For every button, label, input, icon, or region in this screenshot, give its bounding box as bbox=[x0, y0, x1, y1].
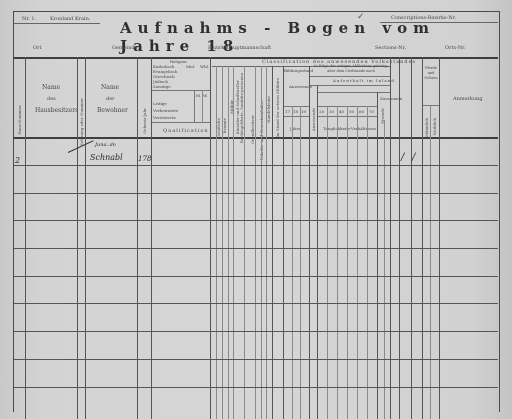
anwesende-header: Anwesende bbox=[311, 108, 316, 131]
age-group-20: 20 bbox=[319, 109, 324, 114]
stand-col1: M. bbox=[196, 93, 201, 98]
row-1-bewohner-name: Schnabl bbox=[90, 153, 123, 162]
landwirtschaft-col-2: Weiblich bbox=[432, 118, 437, 135]
vline-anmerkung bbox=[439, 57, 440, 419]
religion-label-5: Sonstige bbox=[153, 84, 171, 89]
age-divider-top bbox=[283, 106, 309, 107]
header-underline bbox=[14, 23, 100, 24]
vline-tauglichkeit bbox=[377, 92, 378, 419]
age-17: 17 bbox=[285, 109, 290, 114]
age-group-70: 70 bbox=[369, 109, 374, 114]
row-1-mark-2: / bbox=[412, 152, 415, 163]
abwesend-divider-1 bbox=[309, 76, 390, 77]
qualification-header: Qualification bbox=[163, 128, 209, 134]
vthin bbox=[430, 105, 431, 419]
col-extra-2 bbox=[414, 90, 419, 91]
landwirtschaft-title: Pferde und Ochsen bbox=[424, 66, 438, 81]
soldaten-header: Im Stand der activen Militärs bbox=[275, 78, 280, 138]
table-top-border bbox=[14, 57, 498, 59]
haus-nummer-header: Haus-Nummer bbox=[17, 105, 22, 135]
age-group-30: 30 bbox=[329, 109, 334, 114]
row-1-haus-nr: 2 bbox=[15, 156, 20, 165]
stand-label-1: Ledige bbox=[153, 101, 167, 106]
vthin bbox=[327, 106, 328, 419]
religion-col2: Wbl. bbox=[200, 64, 209, 69]
wohnung-nummer-header: Wohnung oder Nummer bbox=[79, 98, 84, 147]
vline-extra-1 bbox=[399, 57, 400, 419]
vthin bbox=[233, 66, 234, 419]
vthin bbox=[222, 66, 223, 419]
vthin bbox=[228, 66, 229, 419]
abwesend-divider-3 bbox=[317, 92, 390, 93]
name-bewohner-line3: Bewohner bbox=[97, 107, 128, 114]
vline-bewohner bbox=[137, 57, 138, 419]
vline-classification-end bbox=[390, 57, 391, 419]
vthin bbox=[337, 106, 338, 419]
vline-qualification bbox=[210, 57, 211, 419]
row-line bbox=[14, 165, 498, 166]
vline-age bbox=[309, 66, 310, 419]
age-group-40: 40 bbox=[339, 109, 344, 114]
vline-wohnung bbox=[85, 57, 86, 419]
vline-extra-3 bbox=[422, 57, 423, 419]
vthin bbox=[266, 66, 267, 419]
vline-haus bbox=[25, 57, 26, 419]
vthin bbox=[347, 106, 348, 419]
vthin bbox=[300, 106, 301, 419]
row-1-bewohner-prefix: Juna..do bbox=[95, 142, 116, 148]
age-divider-bottom bbox=[283, 116, 309, 117]
col-extra-1 bbox=[403, 80, 408, 81]
stand-vdivider-2 bbox=[202, 90, 203, 122]
row-1-mark-1: / bbox=[401, 152, 404, 163]
row-line bbox=[14, 387, 498, 388]
vline-anwesende bbox=[317, 85, 318, 419]
age-18: 18 bbox=[293, 109, 298, 114]
stand-vdivider bbox=[194, 90, 195, 122]
abwesend-title: In Folge des zeitigen Abbleibens gehörig… bbox=[313, 64, 389, 74]
row-line bbox=[14, 276, 498, 277]
stand-title bbox=[163, 93, 164, 98]
vthin bbox=[244, 66, 245, 419]
stand-divider bbox=[152, 122, 210, 123]
census-form-page: Nr. 1. Kronland Krain. Conscriptions-Bez… bbox=[0, 0, 512, 419]
row-line bbox=[14, 303, 498, 304]
vline-hausbesitzer bbox=[77, 57, 78, 419]
abwesend-sub: Aufenthalt im Inland bbox=[333, 78, 395, 83]
vline-geburtsjahr bbox=[151, 57, 152, 419]
row-line bbox=[14, 193, 498, 194]
name-hausbesitzer-line3: Hausbesitzers bbox=[35, 107, 78, 114]
name-bewohner-line2: der bbox=[106, 96, 115, 102]
age-group-60: 60 bbox=[359, 109, 364, 114]
name-bewohner-line1: Name bbox=[101, 84, 119, 91]
vline-classification bbox=[272, 66, 273, 419]
orts-nr-label: Orts-Nr. bbox=[445, 45, 466, 51]
land-label: Kronland Krain. bbox=[50, 16, 90, 22]
row-line bbox=[14, 331, 498, 332]
geburtsjahr-header: Geburts-Jahr bbox=[142, 108, 147, 134]
row-line bbox=[14, 248, 498, 249]
landwirtschaft-col-1: Männlich bbox=[424, 118, 429, 137]
vthin bbox=[216, 66, 217, 419]
form-number: Nr. 1. bbox=[22, 16, 36, 22]
age-19: 19 bbox=[301, 109, 306, 114]
age-group-50: 50 bbox=[349, 109, 354, 114]
vthin bbox=[292, 106, 293, 419]
gemeinde-label: Gemeinde bbox=[112, 45, 138, 51]
altersgruppen-title bbox=[334, 99, 335, 104]
bezirkshauptmannschaft-label: Bezirkshauptmannschaft bbox=[208, 45, 271, 51]
vthin bbox=[261, 66, 262, 419]
vthin bbox=[357, 106, 358, 419]
stand-col2: W. bbox=[203, 93, 208, 98]
name-hausbesitzer-line1: Name bbox=[42, 84, 60, 91]
vline-extra-2 bbox=[411, 57, 412, 419]
vline-soldaten bbox=[283, 66, 284, 419]
name-hausbesitzer-line2: des bbox=[47, 96, 56, 102]
abwesend-divider-2 bbox=[309, 85, 390, 86]
ort-label: Ort bbox=[33, 45, 42, 51]
tauglichkeit-header: Tauglichkeits-Verhältnisse bbox=[323, 126, 376, 131]
stand-label-3: Verwitwete bbox=[153, 115, 176, 120]
religion-col1: Mnl. bbox=[186, 64, 195, 69]
table-header-bottom-border bbox=[14, 137, 498, 139]
vthin bbox=[255, 66, 256, 419]
row-1-geburtsjahr: 178 bbox=[138, 155, 151, 163]
vthin bbox=[367, 106, 368, 419]
row-line bbox=[14, 359, 498, 360]
row-line bbox=[14, 220, 498, 221]
stand-label-2: Verheiratete bbox=[153, 108, 178, 113]
anmerkung-header: Anmerkung bbox=[453, 96, 483, 102]
sections-nr-label: Sections-Nr. bbox=[375, 45, 406, 51]
